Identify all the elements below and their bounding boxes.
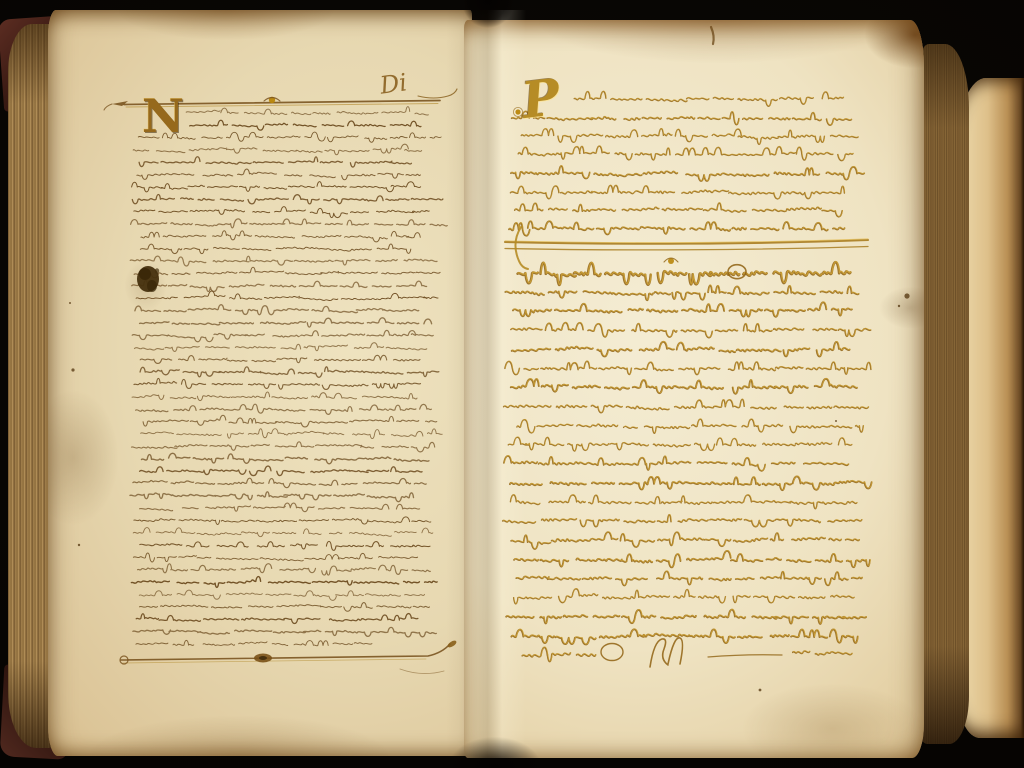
- right-page: [464, 20, 924, 758]
- left-page: [48, 10, 472, 756]
- right-page-stack-edge: [919, 44, 969, 744]
- flourished-initial-p: P: [519, 72, 562, 126]
- open-manuscript-book-photo: N Di P: [0, 0, 1024, 768]
- di-flourish: Di: [378, 70, 408, 98]
- illuminated-initial-n: N: [142, 93, 184, 139]
